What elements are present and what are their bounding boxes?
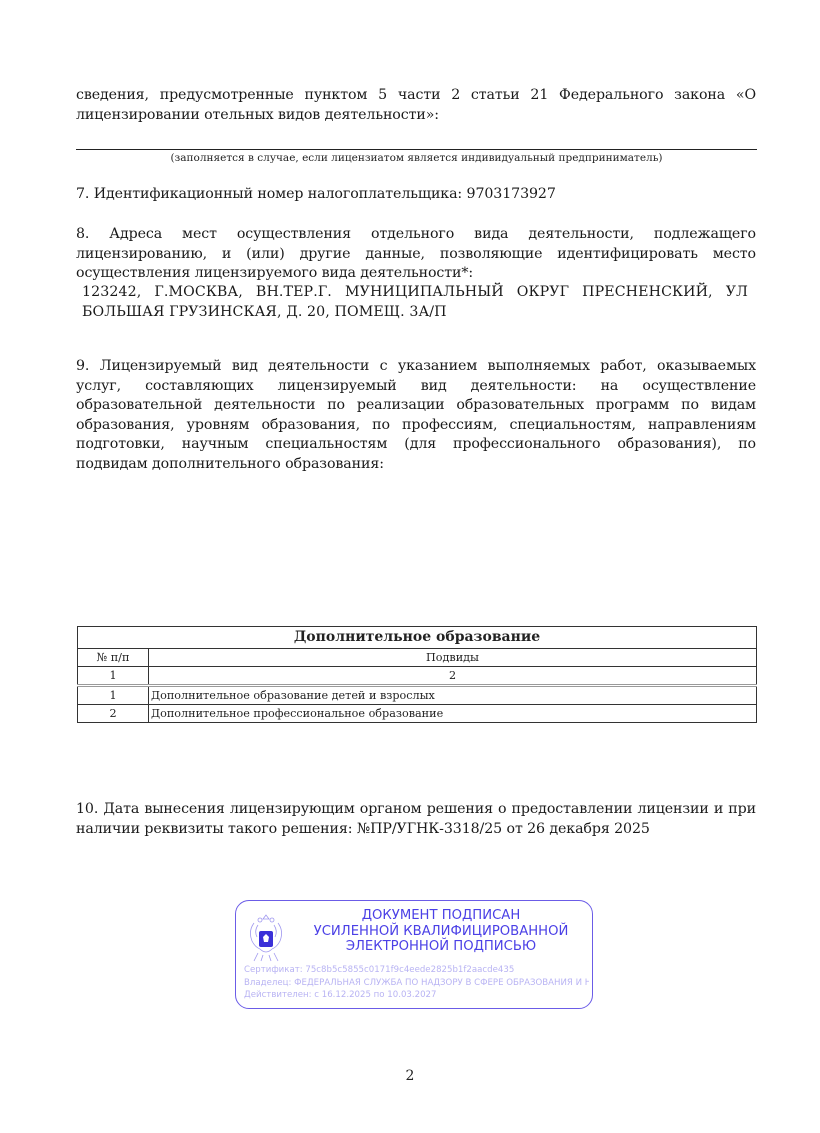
item-8-address: 123242, Г.МОСКВА, ВН.ТЕР.Г. МУНИЦИПАЛЬНЫ…: [82, 283, 748, 322]
row-subtype: Дополнительное профессиональное образова…: [149, 705, 757, 723]
table-row: 2 Дополнительное профессиональное образо…: [78, 705, 757, 723]
table-row: 1 Дополнительное образование детей и взр…: [78, 686, 757, 705]
entrepreneur-blank-line: [76, 149, 757, 150]
column-number-2: 2: [149, 667, 757, 686]
row-number: 1: [78, 686, 149, 705]
stamp-line-2: УСИЛЕННОЙ КВАЛИФИЦИРОВАННОЙ: [306, 924, 576, 940]
table-numbering-row: 1 2: [78, 667, 757, 686]
stamp-line-1: ДОКУМЕНТ ПОДПИСАН: [306, 908, 576, 924]
stamp-heading: ДОКУМЕНТ ПОДПИСАН УСИЛЕННОЙ КВАЛИФИЦИРОВ…: [306, 908, 576, 955]
intro-paragraph: сведения, предусмотренные пунктом 5 част…: [76, 86, 756, 125]
header-subtypes: Подвиды: [149, 649, 757, 667]
table-title-row: Дополнительное образование: [78, 627, 757, 649]
item-9-label: 9. Лицензируемый вид деятельности с указ…: [76, 357, 756, 474]
certificate-number: Сертификат: 75c8b5c5855c0171f9c4eede2825…: [244, 964, 589, 977]
row-number: 2: [78, 705, 149, 723]
column-number-1: 1: [78, 667, 149, 686]
row-subtype: Дополнительное образование детей и взрос…: [149, 686, 757, 705]
item-8-label: 8. Адреса мест осуществления отдельного …: [76, 225, 756, 284]
certificate-owner: Владелец: ФЕДЕРАЛЬНАЯ СЛУЖБА ПО НАДЗОРУ …: [244, 977, 589, 990]
document-page: сведения, предусмотренные пунктом 5 част…: [0, 0, 820, 1133]
certificate-validity: Действителен: с 16.12.2025 по 10.03.2027: [244, 989, 589, 1002]
entrepreneur-note: (заполняется в случае, если лицензиатом …: [76, 151, 757, 165]
electronic-signature-stamp: ДОКУМЕНТ ПОДПИСАН УСИЛЕННОЙ КВАЛИФИЦИРОВ…: [235, 900, 593, 1009]
certificate-details: Сертификат: 75c8b5c5855c0171f9c4eede2825…: [244, 964, 589, 1002]
table-title: Дополнительное образование: [78, 627, 757, 649]
table-header-row: № п/п Подвиды: [78, 649, 757, 667]
stamp-line-3: ЭЛЕКТРОННОЙ ПОДПИСЬЮ: [306, 939, 576, 955]
item-7-inn: 7. Идентификационный номер налогоплатель…: [76, 185, 756, 205]
page-number: 2: [0, 1068, 820, 1084]
item-10-label: 10. Дата вынесения лицензирующим органом…: [76, 800, 756, 839]
additional-education-table: Дополнительное образование № п/п Подвиды…: [77, 626, 757, 723]
coat-of-arms-icon: [246, 911, 286, 965]
header-number: № п/п: [78, 649, 149, 667]
